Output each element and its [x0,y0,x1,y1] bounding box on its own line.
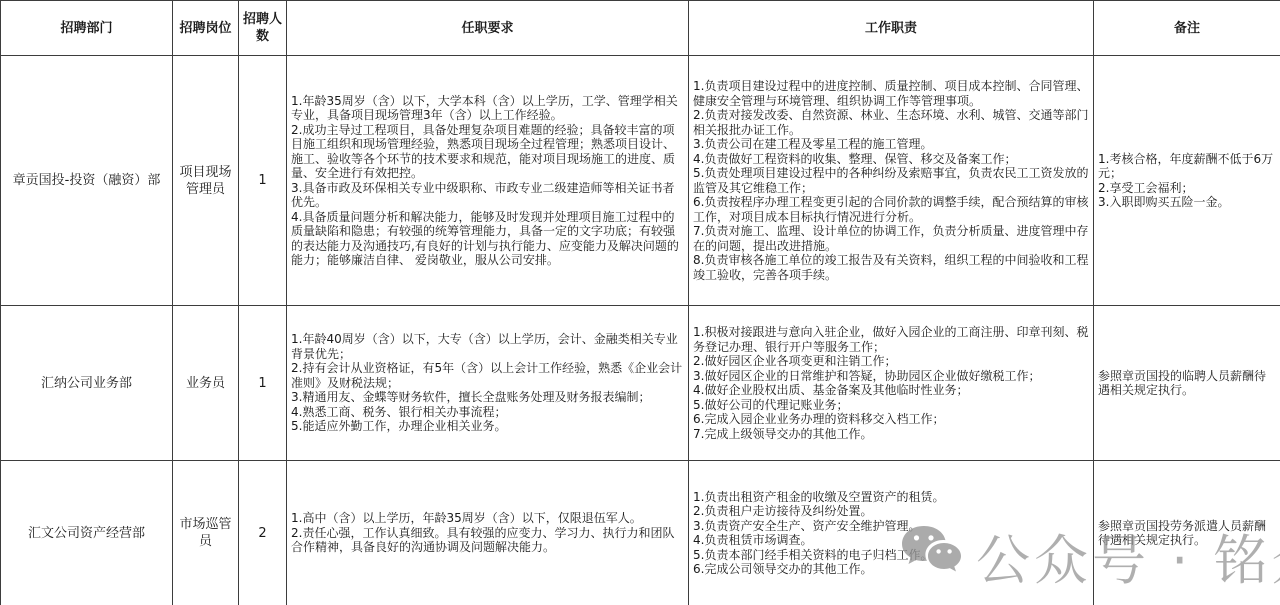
table-row: 汇文公司资产经营部 市场巡管员 2 1.高中（含）以上学历，年龄35周岁（含）以… [1,461,1280,605]
header-requirements: 任职要求 [287,1,689,56]
cell-department: 汇文公司资产经营部 [1,461,173,605]
cell-count: 1 [239,306,287,461]
header-notes: 备注 [1094,1,1280,56]
header-position: 招聘岗位 [173,1,239,56]
cell-position: 项目现场管理员 [173,56,239,306]
cell-notes: 参照章贡国投劳务派遣人员薪酬待遇相关规定执行。 [1094,461,1280,605]
cell-responsibilities: 1.负责出租资产租金的收缴及空置资产的租赁。 2.负责租户走访接待及纠纷处置。 … [689,461,1094,605]
cell-count: 1 [239,56,287,306]
header-count: 招聘人数 [239,1,287,56]
cell-requirements: 1.高中（含）以上学历，年龄35周岁（含）以下，仅限退伍军人。 2.责任心强，工… [287,461,689,605]
recruitment-table-page: 招聘部门 招聘岗位 招聘人数 任职要求 工作职责 备注 章贡国投-投资（融资）部… [0,0,1280,605]
cell-responsibilities: 1.积极对接跟进与意向入驻企业，做好入园企业的工商注册、印章刊刻、税务登记办理、… [689,306,1094,461]
cell-requirements: 1.年龄35周岁（含）以下，大学本科（含）以上学历，工学、管理学相关专业，具备项… [287,56,689,306]
header-responsibilities: 工作职责 [689,1,1094,56]
cell-notes: 参照章贡国投的临聘人员薪酬待遇相关规定执行。 [1094,306,1280,461]
table-row: 汇纳公司业务部 业务员 1 1.年龄40周岁（含）以下，大专（含）以上学历，会计… [1,306,1280,461]
cell-responsibilities: 1.负责项目建设过程中的进度控制、质量控制、项目成本控制、合同管理、健康安全管理… [689,56,1094,306]
header-department: 招聘部门 [1,1,173,56]
table-row: 章贡国投-投资（融资）部 项目现场管理员 1 1.年龄35周岁（含）以下，大学本… [1,56,1280,306]
cell-notes: 1.考核合格，年度薪酬不低于6万元； 2.享受工会福利； 3.入职即购买五险一金… [1094,56,1280,306]
cell-position: 业务员 [173,306,239,461]
recruitment-table: 招聘部门 招聘岗位 招聘人数 任职要求 工作职责 备注 章贡国投-投资（融资）部… [0,0,1280,605]
cell-requirements: 1.年龄40周岁（含）以下，大专（含）以上学历，会计、金融类相关专业背景优先； … [287,306,689,461]
cell-department: 章贡国投-投资（融资）部 [1,56,173,306]
table-header-row: 招聘部门 招聘岗位 招聘人数 任职要求 工作职责 备注 [1,1,1280,56]
cell-count: 2 [239,461,287,605]
cell-department: 汇纳公司业务部 [1,306,173,461]
cell-position: 市场巡管员 [173,461,239,605]
